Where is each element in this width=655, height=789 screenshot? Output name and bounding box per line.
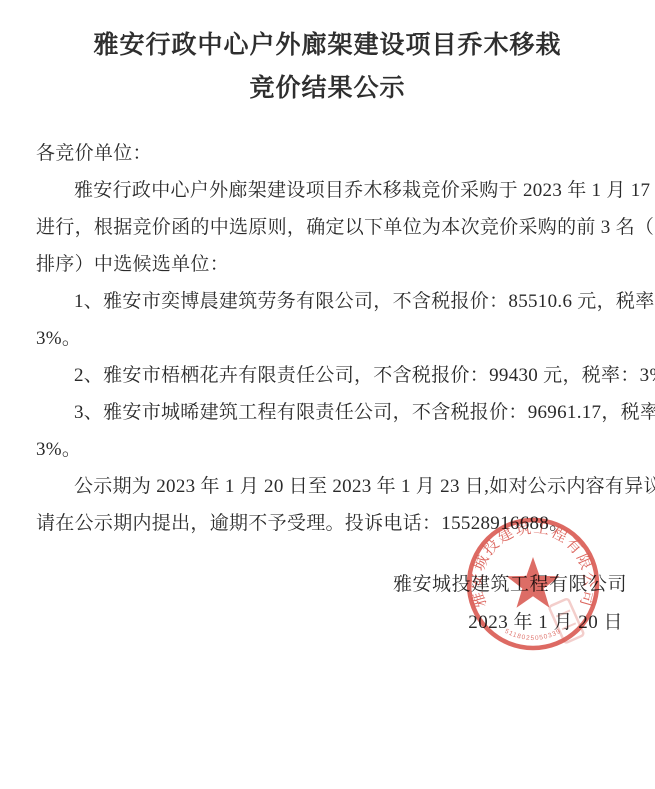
body-line: 3%。 (36, 431, 622, 468)
signature-block: 雅安城投建筑工程有限公司 2023 年 1 月 20 日 (0, 566, 655, 642)
page-title: 雅安行政中心户外廊架建设项目乔木移栽 竞价结果公示 (0, 0, 655, 110)
body-line: 2、雅安市梧栖花卉有限责任公司，不含税报价：99430 元，税率：3%。 (36, 357, 622, 394)
signature-date: 2023 年 1 月 20 日 (0, 604, 627, 642)
salutation: 各竞价单位： (36, 135, 622, 172)
body-line: 公示期为 2023 年 1 月 20 日至 2023 年 1 月 23 日,如对… (36, 468, 622, 505)
body-line: 雅安行政中心户外廊架建设项目乔木移栽竞价采购于 2023 年 1 月 17 日 (36, 172, 622, 209)
body-line: 3、雅安市城晞建筑工程有限责任公司，不含税报价：96961.17，税率： (36, 394, 622, 431)
document-body: 各竞价单位： 雅安行政中心户外廊架建设项目乔木移栽竞价采购于 2023 年 1 … (36, 135, 622, 542)
page-title-line1: 雅安行政中心户外廊架建设项目乔木移栽 (0, 24, 655, 67)
page-title-line2: 竞价结果公示 (0, 67, 655, 110)
body-line: 3%。 (36, 320, 622, 357)
body-line: 请在公示期内提出，逾期不予受理。投诉电话：15528916688。 (36, 505, 622, 542)
signature-company: 雅安城投建筑工程有限公司 (0, 566, 627, 604)
body-line: 1、雅安市奕博晨建筑劳务有限公司，不含税报价：85510.6 元，税率： (36, 283, 622, 320)
body-line: 进行，根据竞价函的中选原则，确定以下单位为本次竞价采购的前 3 名（未 (36, 209, 622, 246)
body-line: 排序）中选候选单位： (36, 246, 622, 283)
document-page: 雅安行政中心户外廊架建设项目乔木移栽 竞价结果公示 各竞价单位： 雅安行政中心户… (0, 0, 655, 789)
